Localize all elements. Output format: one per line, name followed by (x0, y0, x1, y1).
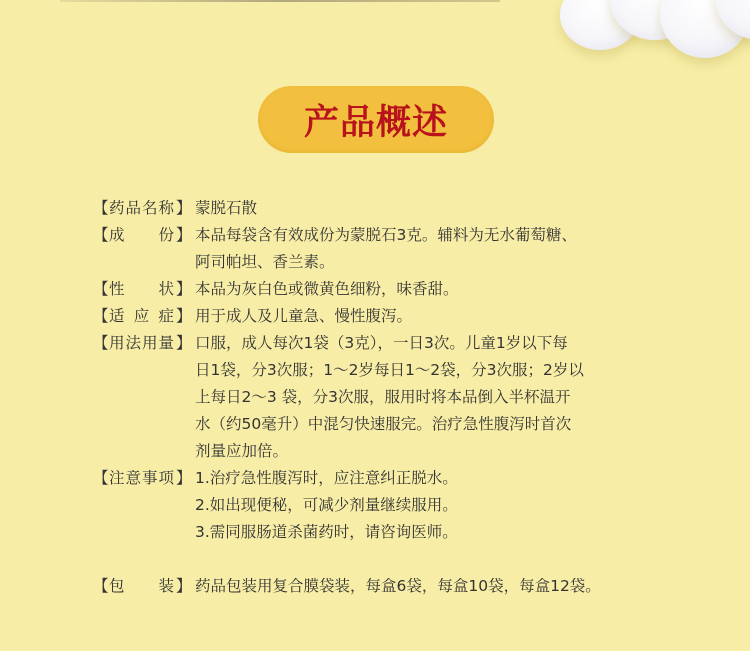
info-row-packaging: 【 包 装 】 药品包装用复合膜袋装，每盒6袋，每盒10袋，每盒12袋。 (93, 574, 693, 601)
label-char: 症 (158, 304, 174, 329)
value-line: 3.需同服肠道杀菌药时，请咨询医师。 (195, 520, 693, 545)
row-label: 【 注 意 事 项 】 (93, 466, 190, 491)
cloud-decoration (550, 0, 750, 60)
row-value: 用于成人及儿童急、慢性腹泻。 (190, 304, 693, 331)
label-char: 适 (109, 304, 125, 329)
close-bracket: 】 (176, 466, 190, 491)
row-value: 1.治疗急性腹泻时，应注意纠正脱水。 2.如出现便秘，可减少剂量继续服用。 3.… (190, 466, 693, 547)
close-bracket: 】 (176, 304, 190, 329)
open-bracket: 【 (93, 223, 107, 248)
label-char: 量 (158, 331, 174, 356)
info-row-indications: 【 适 应 症 】 用于成人及儿童急、慢性腹泻。 (93, 304, 693, 331)
row-label: 【 性 状 】 (93, 277, 190, 302)
label-char: 事 (142, 466, 158, 491)
label-char: 药 (109, 196, 125, 221)
value-line: 水（约50毫升）中混匀快速服完。治疗急性腹泻时首次 (195, 412, 693, 437)
info-row-ingredients: 【 成 份 】 本品每袋含有效成份为蒙脱石3克。辅料为无水葡萄糖、 阿司帕坦、香… (93, 223, 693, 277)
value-line: 蒙脱石散 (195, 196, 693, 221)
value-line: 本品每袋含有效成份为蒙脱石3克。辅料为无水葡萄糖、 (195, 223, 693, 248)
spacer (93, 547, 693, 574)
row-value: 本品每袋含有效成份为蒙脱石3克。辅料为无水葡萄糖、 阿司帕坦、香兰素。 (190, 223, 693, 277)
label-char: 包 (109, 574, 125, 599)
open-bracket: 【 (93, 277, 107, 302)
value-line: 药品包装用复合膜袋装，每盒6袋，每盒10袋，每盒12袋。 (195, 574, 693, 599)
row-label: 【 用 法 用 量 】 (93, 331, 190, 356)
open-bracket: 【 (93, 196, 107, 221)
label-char: 用 (142, 331, 158, 356)
row-label: 【 药 品 名 称 】 (93, 196, 190, 221)
label-char: 应 (134, 304, 150, 329)
close-bracket: 】 (176, 196, 190, 221)
label-char: 名 (142, 196, 158, 221)
open-bracket: 【 (93, 331, 107, 356)
row-value: 口服，成人每次1袋（3克），一日3次。儿童1岁以下每 日1袋，分3次服；1～2岁… (190, 331, 693, 466)
label-char: 份 (158, 223, 174, 248)
open-bracket: 【 (93, 304, 107, 329)
label-char: 装 (158, 574, 174, 599)
label-char: 性 (109, 277, 125, 302)
label-char: 意 (125, 466, 141, 491)
close-bracket: 】 (176, 223, 190, 248)
row-label: 【 成 份 】 (93, 223, 190, 248)
info-row-appearance: 【 性 状 】 本品为灰白色或微黄色细粉，味香甜。 (93, 277, 693, 304)
row-value: 蒙脱石散 (190, 196, 693, 223)
label-char: 状 (158, 277, 174, 302)
info-row-precautions: 【 注 意 事 项 】 1.治疗急性腹泻时，应注意纠正脱水。 2.如出现便秘，可… (93, 466, 693, 547)
close-bracket: 】 (176, 574, 190, 599)
top-edge-strip (60, 0, 500, 2)
label-char: 项 (158, 466, 174, 491)
value-line: 剂量应加倍。 (195, 439, 693, 464)
value-line: 口服，成人每次1袋（3克），一日3次。儿童1岁以下每 (195, 331, 693, 356)
title-banner: 产品概述 (258, 86, 494, 153)
row-label: 【 适 应 症 】 (93, 304, 190, 329)
label-char: 品 (125, 196, 141, 221)
page-title: 产品概述 (304, 95, 448, 145)
open-bracket: 【 (93, 466, 107, 491)
info-row-dosage: 【 用 法 用 量 】 口服，成人每次1袋（3克），一日3次。儿童1岁以下每 日… (93, 331, 693, 466)
value-line: 阿司帕坦、香兰素。 (195, 250, 693, 275)
open-bracket: 【 (93, 574, 107, 599)
row-value: 本品为灰白色或微黄色细粉，味香甜。 (190, 277, 693, 304)
value-line: 日1袋，分3次服；1～2岁每日1～2袋，分3次服；2岁以 (195, 358, 693, 383)
value-line: 2.如出现便秘，可减少剂量继续服用。 (195, 493, 693, 518)
product-info-list: 【 药 品 名 称 】 蒙脱石散 【 成 份 】 本品每袋含有效成份为蒙脱石3克… (93, 196, 693, 601)
row-label: 【 包 装 】 (93, 574, 190, 599)
label-char: 用 (109, 331, 125, 356)
label-char: 注 (109, 466, 125, 491)
label-char: 成 (109, 223, 125, 248)
value-line: 1.治疗急性腹泻时，应注意纠正脱水。 (195, 466, 693, 491)
info-row-drug-name: 【 药 品 名 称 】 蒙脱石散 (93, 196, 693, 223)
label-char: 法 (125, 331, 141, 356)
close-bracket: 】 (176, 277, 190, 302)
row-value: 药品包装用复合膜袋装，每盒6袋，每盒10袋，每盒12袋。 (190, 574, 693, 601)
value-line: 本品为灰白色或微黄色细粉，味香甜。 (195, 277, 693, 302)
value-line: 用于成人及儿童急、慢性腹泻。 (195, 304, 693, 329)
value-line: 上每日2～3 袋，分3次服，服用时将本品倒入半杯温开 (195, 385, 693, 410)
close-bracket: 】 (176, 331, 190, 356)
label-char: 称 (158, 196, 174, 221)
